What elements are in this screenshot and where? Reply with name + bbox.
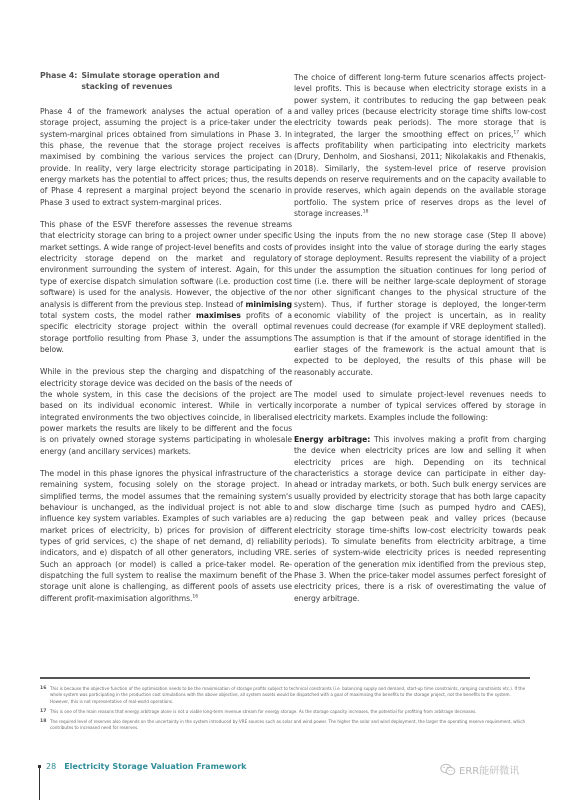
paragraph: The model in this phase ignores the phys… [40,468,292,604]
term-energy-arbitrage: Energy arbitrage: [294,435,370,444]
watermark-text: ERR能研微讯 [459,762,519,777]
footnote-text: This is because the objective function o… [50,686,530,705]
footnote-divider [40,677,530,679]
paragraph: Phase 4 of the framework analyses the ac… [40,106,292,208]
paragraph: Using the inputs from the no new storage… [294,230,546,377]
paragraph: While in the previous step the charging … [40,366,292,457]
emphasis-maximises: maximises [196,311,241,320]
footnote-number: 17 [40,709,50,715]
publication-title: Electricity Storage Valuation Framework [64,762,246,771]
footnote-text: This is one of the main reasons that ene… [50,709,530,715]
emphasis-minimising: minimising [245,300,292,309]
phase-title: Simulate storage operation and stacking … [81,70,219,92]
wechat-icon [440,763,456,776]
footnote-ref[interactable]: 16 [192,594,198,599]
phase-title-line-2: stacking of revenues [81,82,172,91]
footnote-ref[interactable]: 18 [363,210,369,215]
paragraph: Energy arbitrage: This involves making a… [294,434,546,604]
page-footer: 28 Electricity Storage Valuation Framewo… [46,762,247,771]
footnote-17: 17 This is one of the main reasons that … [40,709,530,715]
footnote-18: 18 The required level of reserves also d… [40,719,530,732]
footnote-16: 16 This is because the objective functio… [40,686,530,705]
paragraph-text: This involves making a profit from charg… [294,435,546,603]
paragraph-text: which affects profitability when partici… [294,130,546,218]
paragraph-text: total system costs, the model rather [40,311,196,320]
paragraph-text: The model in this phase ignores the phys… [40,469,292,603]
paragraph: This phase of the ESVF therefore assesse… [40,219,292,355]
paragraph: The model used to simulate project-level… [294,389,546,423]
footnotes: 16 This is because the objective functio… [40,686,530,736]
paragraph-text: The choice of different long-term future… [294,73,546,139]
footnote-text: The required level of reserves also depe… [50,719,530,732]
left-column: Phase 4: Simulate storage operation and … [40,70,292,615]
paragraph-text: This phase of the ESVF therefore assesse… [40,220,292,308]
footer-vertical-rule [39,766,40,800]
footnote-number: 18 [40,719,50,732]
section-heading: Phase 4: Simulate storage operation and … [40,70,292,92]
phase-title-line-1: Simulate storage operation and [81,71,219,80]
document-page: Phase 4: Simulate storage operation and … [0,0,566,800]
footnote-number: 16 [40,686,50,705]
right-column: The choice of different long-term future… [294,72,546,615]
page-number: 28 [46,762,56,771]
watermark: ERR能研微讯 [440,762,519,777]
paragraph: The choice of different long-term future… [294,72,546,219]
phase-label: Phase 4: [40,70,77,92]
